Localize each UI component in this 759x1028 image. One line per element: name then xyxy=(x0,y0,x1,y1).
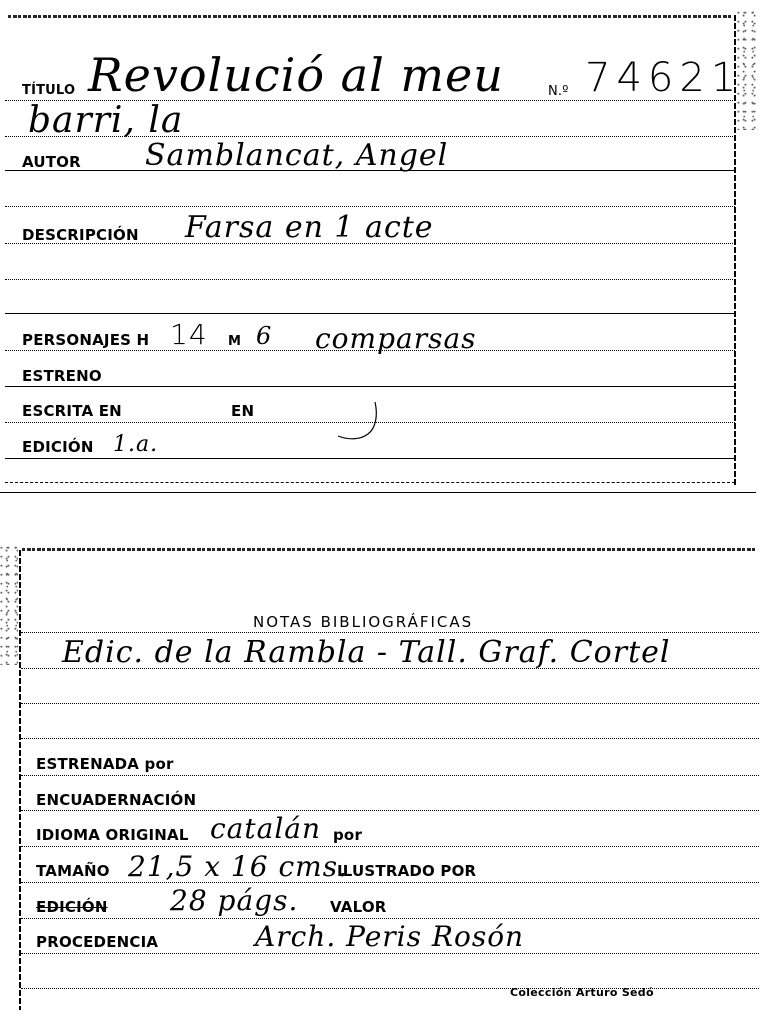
rule xyxy=(21,953,759,954)
tamano-label: TAMAÑO xyxy=(36,862,110,880)
rule xyxy=(21,846,759,847)
numero-value: 74621 xyxy=(585,55,742,101)
personajes-label: PERSONAJES H xyxy=(22,331,149,349)
procedencia-label: PROCEDENCIA xyxy=(36,933,158,951)
edicion-value: 28 págs. xyxy=(170,884,298,917)
autor-value: Samblancat, Angel xyxy=(145,138,448,173)
personajes-m-value: 6 xyxy=(256,322,272,350)
rule xyxy=(5,482,735,483)
procedencia-value: Arch. Peris Rosón xyxy=(255,920,524,953)
edicion-label: EDICIÓN xyxy=(22,438,94,456)
rule xyxy=(21,918,759,919)
rule xyxy=(5,279,735,280)
titulo-value-line2: barri, la xyxy=(28,100,183,141)
collection-footer: Colección Arturo Sedó xyxy=(510,986,654,999)
autor-label: AUTOR xyxy=(22,153,81,171)
rule xyxy=(21,738,759,739)
estreno-label: ESTRENO xyxy=(22,367,102,385)
catalog-card-back: NOTAS BIBLIOGRÁFICAS Edic. de la Rambla … xyxy=(0,500,759,1028)
personajes-h-value: 14 xyxy=(170,318,208,351)
card-top-edge xyxy=(22,548,757,551)
rule xyxy=(21,775,759,776)
card-separator xyxy=(0,492,756,493)
card-left-border xyxy=(19,550,21,1010)
rule xyxy=(21,703,759,704)
encuadernacion-label: ENCUADERNACIÓN xyxy=(36,791,196,809)
numero-label: N.º xyxy=(548,84,569,99)
titulo-label: TÍTULO xyxy=(22,83,75,98)
rule xyxy=(5,206,735,207)
tamano-value: 21,5 x 16 cms. xyxy=(128,850,348,883)
rule xyxy=(5,313,735,314)
rule xyxy=(21,632,759,633)
escrita-en-en-label: EN xyxy=(231,402,254,420)
idioma-value: catalán xyxy=(210,812,321,845)
notas-value: Edic. de la Rambla - Tall. Graf. Cortel xyxy=(62,635,670,670)
idioma-por-label: por xyxy=(333,826,362,844)
escrita-en-label: ESCRITA EN xyxy=(22,402,122,420)
notas-bibliograficas-heading: NOTAS BIBLIOGRÁFICAS xyxy=(253,613,473,631)
ilustrado-label: ILUSTRADO POR xyxy=(337,862,476,880)
idioma-label: IDIOMA ORIGINAL xyxy=(36,826,189,844)
edicion-value: 1.a. xyxy=(113,432,158,457)
personajes-m-label: M xyxy=(228,334,241,349)
card-top-edge xyxy=(8,15,733,18)
titulo-value-line1: Revolució al meu xyxy=(88,48,504,102)
pen-mark-squiggle xyxy=(330,400,390,445)
catalog-card-front: TÍTULO Revolució al meu N.º 74621 barri,… xyxy=(0,0,759,500)
scan-noise xyxy=(0,545,18,665)
rule xyxy=(5,458,735,459)
edicion-label: EDICIÓN xyxy=(36,898,108,916)
valor-label: VALOR xyxy=(330,898,387,916)
rule xyxy=(21,810,759,811)
descripcion-label: DESCRIPCIÓN xyxy=(22,226,139,244)
personajes-extra: comparsas xyxy=(315,322,477,355)
rule xyxy=(5,386,735,387)
estrenada-label: ESTRENADA por xyxy=(36,755,174,773)
descripcion-value: Farsa en 1 acte xyxy=(185,210,434,245)
